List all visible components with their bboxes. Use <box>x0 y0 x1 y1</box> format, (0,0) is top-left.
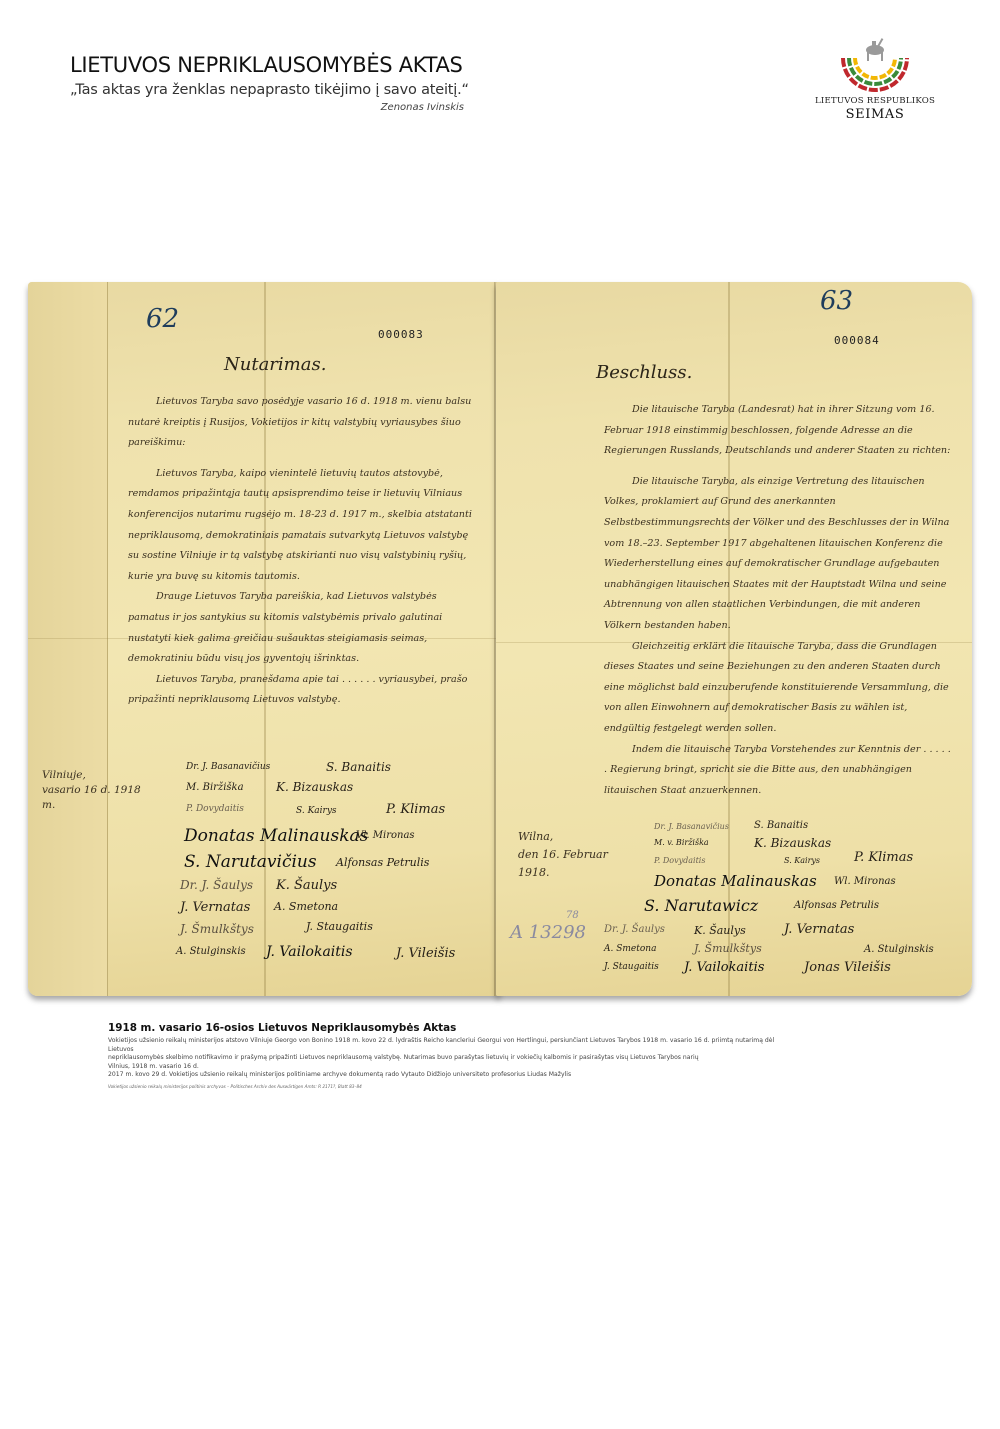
signature: A. Stulginskis <box>864 944 934 955</box>
seimas-logo: LIETUVOS RESPUBLIKOS SEIMAS <box>812 38 938 122</box>
paragraph: Gleichzeitig erklärt die litauische Tary… <box>604 637 954 740</box>
signature: S. Narutawicz <box>644 896 758 915</box>
signature: J. Staugaitis <box>604 962 659 972</box>
signature: J. Vernatas <box>180 900 250 915</box>
paragraph: Indem die litauische Taryba Vorstehendes… <box>604 740 954 802</box>
signature: J. Staugaitis <box>306 920 373 933</box>
signature: A. Stulginskis <box>176 946 246 957</box>
signature: Donatas Malinauskas <box>184 826 368 846</box>
signature: J. Vernatas <box>784 922 854 937</box>
paragraph: Lietuvos Taryba, pranešdama apie tai . .… <box>128 670 478 711</box>
signature: M. v. Biržiška <box>654 838 709 847</box>
document-heading: Nutarimas. <box>224 354 326 375</box>
signature: Alfonsas Petrulis <box>336 856 429 869</box>
right-page-german: 63 000084 Beschluss. Die litauische Tary… <box>496 282 972 996</box>
place-date: Vilniuje, vasario 16 d. 1918 m. <box>42 768 152 813</box>
signature: K. Šaulys <box>276 878 337 893</box>
signature: P. Klimas <box>386 802 445 817</box>
page-title: LIETUVOS NEPRIKLAUSOMYBĖS AKTAS <box>70 52 490 78</box>
signature: M. Biržiška <box>186 782 244 793</box>
caption-source: Vokietijos užsienio reikalų ministerijos… <box>108 1084 788 1089</box>
folio-number: 62 <box>146 304 179 334</box>
signature: Donatas Malinauskas <box>654 872 817 890</box>
quote-author: Zenonas Ivinskis <box>70 102 490 113</box>
signature: P. Dovydaitis <box>654 856 705 865</box>
quote-text: „Tas aktas yra ženklas nepaprasto tikėji… <box>70 82 490 98</box>
signature: Jonas Vileišis <box>804 960 891 975</box>
poster-header: LIETUVOS NEPRIKLAUSOMYBĖS AKTAS „Tas akt… <box>70 52 490 113</box>
signature: Dr. J. Basanavičius <box>186 762 270 772</box>
archive-stamp: 000084 <box>834 334 880 347</box>
document-heading: Beschluss. <box>596 362 692 383</box>
caption-block: 1918 m. vasario 16-osios Lietuvos Neprik… <box>108 1022 788 1089</box>
signature: S. Narutavičius <box>184 852 317 872</box>
place: Vilniuje, <box>42 768 152 783</box>
archive-stamp: 000083 <box>378 328 424 341</box>
paragraph: Die litauische Taryba, als einzige Vertr… <box>604 472 954 637</box>
signature: A. Smetona <box>604 944 656 954</box>
folded-flap <box>28 282 108 996</box>
signature: J. Vailokaitis <box>266 944 353 960</box>
archive-number: A 13298 <box>510 922 586 943</box>
caption-line: 2017 m. kovo 29 d. Vokietijos užsienio r… <box>108 1071 788 1080</box>
signature: J. Šmulkštys <box>180 922 254 936</box>
signature: Dr. J. Šaulys <box>180 878 253 892</box>
left-page-lithuanian: 62 000083 Nutarimas. Lietuvos Taryba sav… <box>28 282 500 996</box>
document-photograph: 62 000083 Nutarimas. Lietuvos Taryba sav… <box>28 282 972 996</box>
signatures-block: Dr. J. Basanavičius S. Banaitis M. Birži… <box>176 760 496 980</box>
signature: K. Bizauskas <box>276 780 353 794</box>
logo-text-line2: SEIMAS <box>812 107 938 122</box>
signature: S. Banaitis <box>754 820 808 831</box>
signature: K. Šaulys <box>694 924 746 937</box>
paragraph: Lietuvos Taryba, kaipo vienintelė lietuv… <box>128 464 478 588</box>
caption-line: Vokietijos užsienio reikalų ministerijos… <box>108 1037 788 1054</box>
signature: J. Šmulkštys <box>694 942 762 955</box>
signature: A. Smetona <box>274 900 338 913</box>
signature: J. Vileišis <box>396 946 455 961</box>
date: vasario 16 d. 1918 m. <box>42 783 152 813</box>
paragraph: Die litauische Taryba (Landesrat) hat in… <box>604 400 954 462</box>
signature: Vl. Mironas <box>356 830 415 841</box>
lithuanian-text: Lietuvos Taryba savo posėdyje vasario 16… <box>128 392 478 711</box>
signature: J. Vailokaitis <box>684 960 764 975</box>
paragraph: Drauge Lietuvos Taryba pareiškia, kad Li… <box>128 587 478 669</box>
signature: P. Dovydaitis <box>186 804 244 814</box>
folio-number: 63 <box>820 286 853 316</box>
signature: Wl. Mironas <box>834 876 896 887</box>
signature: P. Klimas <box>854 850 913 865</box>
logo-text-line1: LIETUVOS RESPUBLIKOS <box>812 96 938 106</box>
paragraph: Lietuvos Taryba savo posėdyje vasario 16… <box>128 392 478 454</box>
caption-title: 1918 m. vasario 16-osios Lietuvos Neprik… <box>108 1022 788 1034</box>
signature: Dr. J. Šaulys <box>604 924 665 935</box>
signatures-block: Dr. J. Basanavičius S. Banaitis M. v. Bi… <box>604 820 964 1000</box>
signature: Dr. J. Basanavičius <box>654 822 729 831</box>
vytis-parliament-arc-icon <box>839 38 911 94</box>
caption-line: nepriklausomybės skelbimo notifikavimo i… <box>108 1054 788 1063</box>
signature: S. Banaitis <box>326 760 391 774</box>
signature: S. Kairys <box>296 806 337 816</box>
german-text: Die litauische Taryba (Landesrat) hat in… <box>604 400 954 801</box>
signature: S. Kairys <box>784 856 820 865</box>
signature: K. Bizauskas <box>754 836 831 850</box>
archive-number-sup: 78 <box>566 910 579 921</box>
signature: Alfonsas Petrulis <box>794 900 879 911</box>
